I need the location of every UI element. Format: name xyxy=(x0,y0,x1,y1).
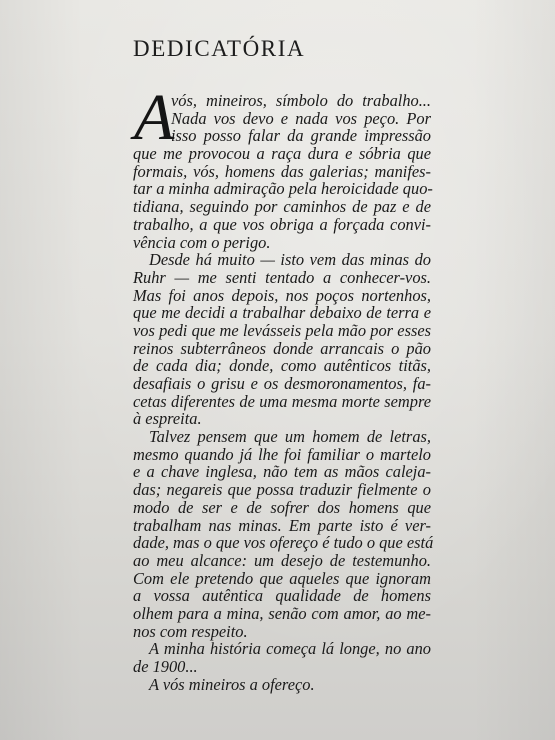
text-line: desafiais o grisu e os desmoronamentos, … xyxy=(133,375,431,393)
text-line: das; negareis que possa traduzir fielmen… xyxy=(133,481,431,499)
dedication-body: vós, mineiros, símbolo do trabalho...Nad… xyxy=(133,92,431,693)
page-title: DEDICATÓRIA xyxy=(133,36,305,62)
text-line: A minha história começa lá longe, no ano xyxy=(133,640,431,658)
text-line: Nada vos devo e nada vos peço. Por xyxy=(133,110,431,128)
text-line: Talvez pensem que um homem de letras, xyxy=(133,428,431,446)
text-line: A vós mineiros a ofereço. xyxy=(133,676,431,694)
text-line: Com ele pretendo que aqueles que ignoram xyxy=(133,570,431,588)
text-line: de 1900... xyxy=(133,658,431,676)
text-line: cetas diferentes de uma mesma morte semp… xyxy=(133,393,431,411)
text-line: tar a minha admiração pela heroicidade q… xyxy=(133,180,431,198)
text-line: e a chave inglesa, não tem as mãos calej… xyxy=(133,463,431,481)
text-line: que me provocou a raça dura e sóbria que xyxy=(133,145,431,163)
text-line: que me decidi a trabalhar debaixo de ter… xyxy=(133,304,431,322)
text-line: Ruhr — me senti tentado a conhecer-vos. xyxy=(133,269,431,287)
text-line: tidiana, seguindo por caminhos de paz e … xyxy=(133,198,431,216)
text-line: dade, mas o que vos ofereço é tudo o que… xyxy=(133,534,431,552)
text-line: trabalho, a que vos obriga a forçada con… xyxy=(133,216,431,234)
text-line: de cada dia; donde, como autênticos titã… xyxy=(133,357,431,375)
text-line: ao meu alcance: um desejo de testemunho. xyxy=(133,552,431,570)
text-line: Mas foi anos depois, nos poços nortenhos… xyxy=(133,287,431,305)
text-line: modo de ser e de sofrer dos homens que xyxy=(133,499,431,517)
text-line: vência com o perigo. xyxy=(133,234,431,252)
text-line: trabalham nas minas. Em parte isto é ver… xyxy=(133,517,431,535)
text-line: olhem para a mina, senão com amor, ao me… xyxy=(133,605,431,623)
text-line: vos pedi que me levásseis pela mão por e… xyxy=(133,322,431,340)
text-line: à espreita. xyxy=(133,410,431,428)
text-line: mesmo quando já lhe foi familiar o marte… xyxy=(133,446,431,464)
text-line: Desde há muito — isto vem das minas do xyxy=(133,251,431,269)
text-line: reinos subterrâneos donde arrancais o pã… xyxy=(133,340,431,358)
text-line: isso posso falar da grande impressão xyxy=(133,127,431,145)
text-line: formais, vós, homens das galerias; manif… xyxy=(133,163,431,181)
text-line: a vossa autêntica qualidade de homens xyxy=(133,587,431,605)
text-line: vós, mineiros, símbolo do trabalho... xyxy=(133,92,431,110)
text-line: nos com respeito. xyxy=(133,623,431,641)
